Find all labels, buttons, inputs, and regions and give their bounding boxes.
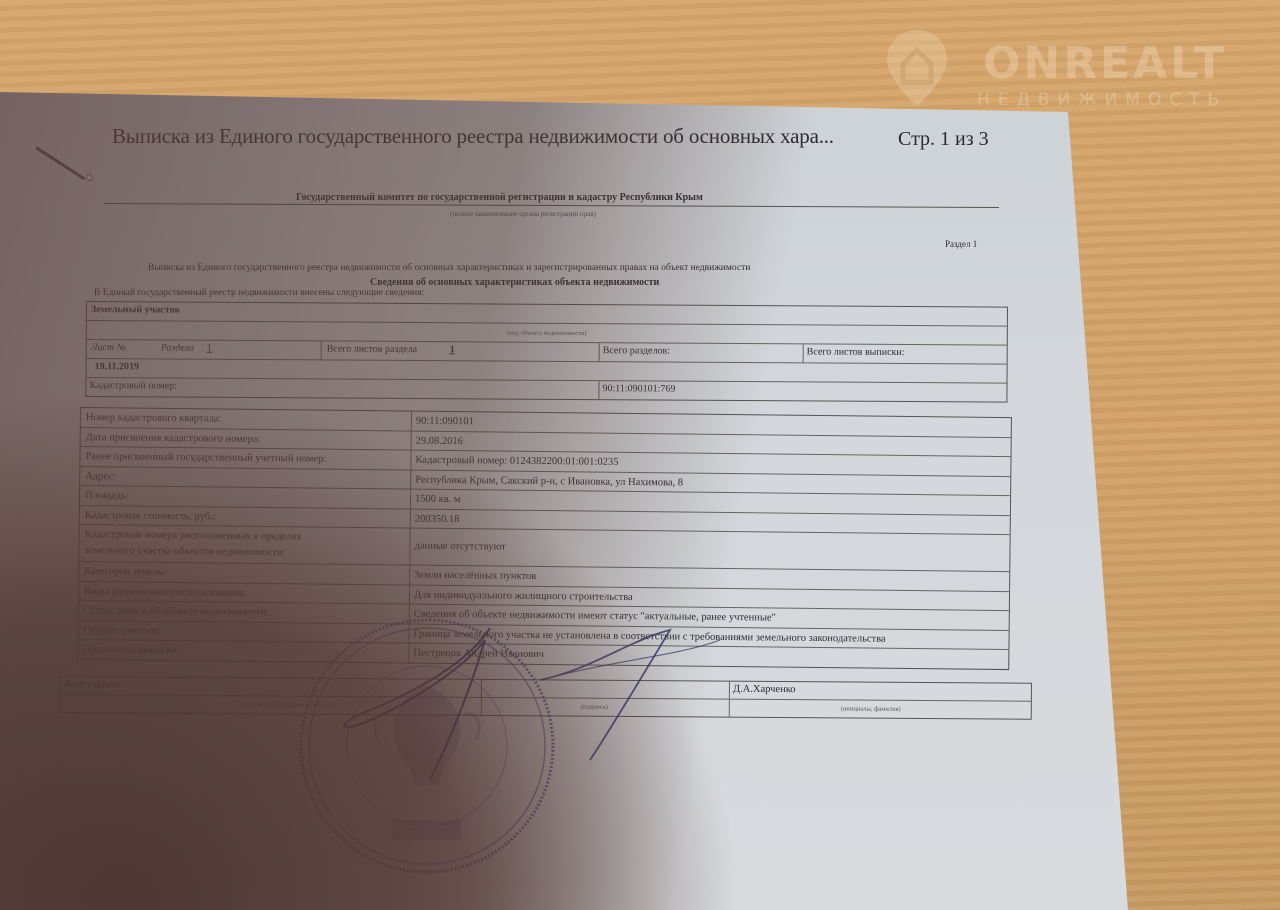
document-content: Выписка из Единого государственного реес… bbox=[0, 0, 1280, 910]
detail-label-line2: земельного участка объектов недвижимости… bbox=[84, 543, 285, 561]
organization-caption: (полное наименование органа регистрации … bbox=[450, 210, 596, 218]
document-title: Выписка из Единого государственного реес… bbox=[112, 124, 834, 149]
section-of-value: 1 bbox=[207, 343, 212, 354]
signer-position: Консультант bbox=[65, 679, 121, 690]
detail-label: Виды разрешенного использования: bbox=[84, 584, 246, 602]
detail-label: Дата присвоения кадастрового номера: bbox=[86, 430, 261, 448]
detail-value: 200350.18 bbox=[415, 511, 460, 527]
pin-head-icon bbox=[86, 174, 93, 181]
detail-value: Земли населённых пунктов bbox=[414, 568, 536, 585]
detail-label: Площадь: bbox=[85, 488, 129, 504]
extract-subtitle: Выписка из Единого государственного реес… bbox=[148, 263, 750, 273]
extract-date: 19.11.2019 bbox=[95, 361, 140, 372]
divider bbox=[104, 203, 999, 208]
detail-label: Категория земель: bbox=[84, 564, 165, 581]
object-type-caption: (вид объекта недвижимости) bbox=[507, 330, 587, 337]
detail-label: Номер кадастрового квартала: bbox=[86, 410, 222, 427]
page-indicator: Стр. 1 из 3 bbox=[898, 128, 989, 151]
detail-value: 90:11:090101 bbox=[416, 414, 474, 431]
sheet-label: Лист № bbox=[91, 342, 126, 353]
section-of-label: Раздела bbox=[161, 342, 194, 353]
detail-value: Республика Крым, Сакский р-н, с Ивановка… bbox=[415, 472, 683, 491]
name-caption: (инициалы, фамилия) bbox=[841, 705, 901, 712]
detail-label: Ранее присвоенный государственный учетны… bbox=[85, 449, 326, 468]
detail-label: Получатель выписки: bbox=[83, 642, 179, 659]
detail-label: Статус записи об объекте недвижимости: bbox=[84, 603, 269, 621]
detail-value: 1500 кв. м bbox=[415, 492, 461, 508]
cadastral-label: Кадастровый номер: bbox=[89, 380, 177, 392]
total-sections-label: Всего разделов: bbox=[603, 345, 670, 356]
detail-label: Адрес: bbox=[85, 469, 116, 485]
detail-label: Особые отметки: bbox=[83, 623, 160, 640]
extract-intro: В Единый государственный реестр недвижим… bbox=[94, 288, 424, 298]
total-sheets-section-label: Всего листов раздела bbox=[327, 343, 418, 355]
detail-value: данные отсутствуют bbox=[414, 539, 505, 556]
detail-value: 29.08.2016 bbox=[416, 433, 463, 450]
total-sheets-label: Всего листов выписки: bbox=[807, 346, 905, 358]
total-sheets-section-value: 1 bbox=[450, 344, 455, 355]
pin-icon bbox=[35, 146, 85, 180]
detail-label: Кадастровая стоимость, руб.: bbox=[85, 508, 216, 525]
detail-value: Кадастровый номер: 0124382200:01:001:023… bbox=[415, 453, 618, 471]
extract-heading: Сведения об основных характеристиках объ… bbox=[370, 277, 659, 288]
cadastral-value: 90:11:090101:769 bbox=[602, 383, 675, 394]
object-type: Земельный участок bbox=[91, 304, 180, 316]
signature-scribble-icon bbox=[300, 600, 800, 850]
object-table: Земельный участок (вид объекта недвижимо… bbox=[85, 301, 1008, 403]
organization-name: Государственный комитет по государственн… bbox=[296, 192, 703, 203]
section-label: Раздел 1 bbox=[945, 239, 977, 249]
